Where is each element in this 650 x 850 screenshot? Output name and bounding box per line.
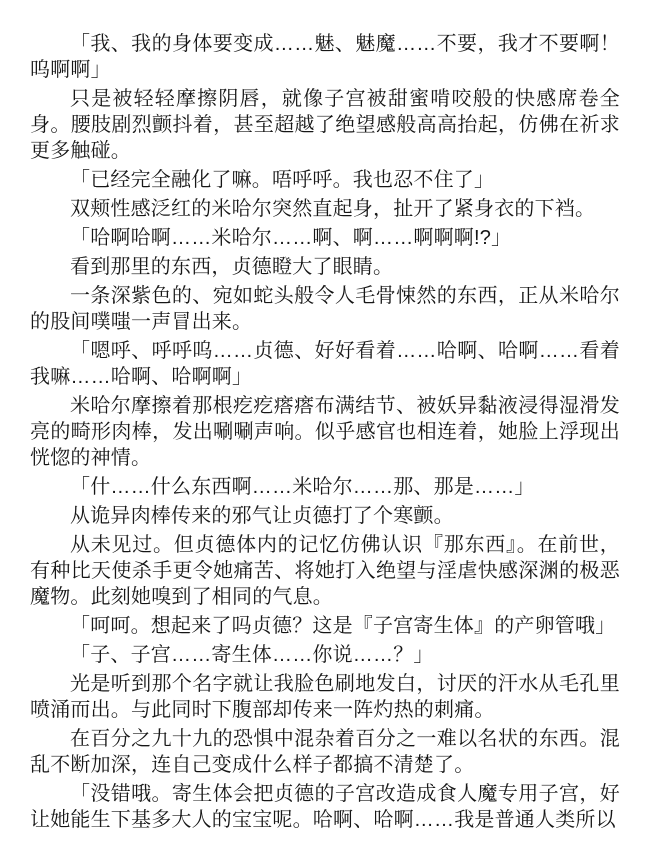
reader-page: 「我、我的身体要变成……魅、魅魔……不要，我才不要啊！呜啊啊」 只是被轻轻摩擦阴…	[0, 0, 650, 850]
paragraph: 看到那里的东西，贞德瞪大了眼睛。	[30, 254, 620, 280]
paragraph: 「子、子宫……寄生体……你说……？」	[30, 642, 620, 668]
paragraph: 从诡异肉棒传来的邪气让贞德打了个寒颤。	[30, 503, 620, 529]
paragraph: 光是听到那个名字就让我脸色刷地发白，讨厌的汗水从毛孔里喷涌而出。与此同时下腹部却…	[30, 671, 620, 723]
paragraph: 一条深紫色的、宛如蛇头般令人毛骨悚然的东西，正从米哈尔的股间噗嗤一声冒出来。	[30, 283, 620, 335]
paragraph: 「嗯呼、呼呼呜……贞德、好好看着……哈啊、哈啊……看着我嘛……哈啊、哈啊啊」	[30, 338, 620, 390]
paragraph: 「我、我的身体要变成……魅、魅魔……不要，我才不要啊！呜啊啊」	[30, 31, 620, 83]
paragraph: 米哈尔摩擦着那根疙疙瘩瘩布满结节、被妖异黏液浸得湿滑发亮的畸形肉棒，发出唰唰声响…	[30, 393, 620, 471]
paragraph: 「已经完全融化了嘛。唔呼呼。我也忍不住了」	[30, 167, 620, 193]
paragraph: 双颊性感泛红的米哈尔突然直起身，扯开了紧身衣的下裆。	[30, 196, 620, 222]
paragraph: 「没错哦。寄生体会把贞德的子宫改造成食人魔专用子宫，好让她能生下基多大人的宝宝呢…	[30, 781, 620, 833]
paragraph: 「哈啊哈啊……米哈尔……啊、啊……啊啊啊!?」	[30, 225, 620, 251]
paragraph: 只是被轻轻摩擦阴唇，就像子宫被甜蜜啃咬般的快感席卷全身。腰肢剧烈颤抖着，甚至超越…	[30, 86, 620, 164]
paragraph: 「什……什么东西啊……米哈尔……那、那是……」	[30, 474, 620, 500]
paragraph: 在百分之九十九的恐惧中混杂着百分之一难以名状的东西。混乱不断加深，连自己变成什么…	[30, 726, 620, 778]
paragraph: 从未见过。但贞德体内的记忆仿佛认识『那东西』。在前世，有种比天使杀手更令她痛苦、…	[30, 532, 620, 610]
paragraph: 「呵呵。想起来了吗贞德？这是『子宫寄生体』的产卵管哦」	[30, 613, 620, 639]
